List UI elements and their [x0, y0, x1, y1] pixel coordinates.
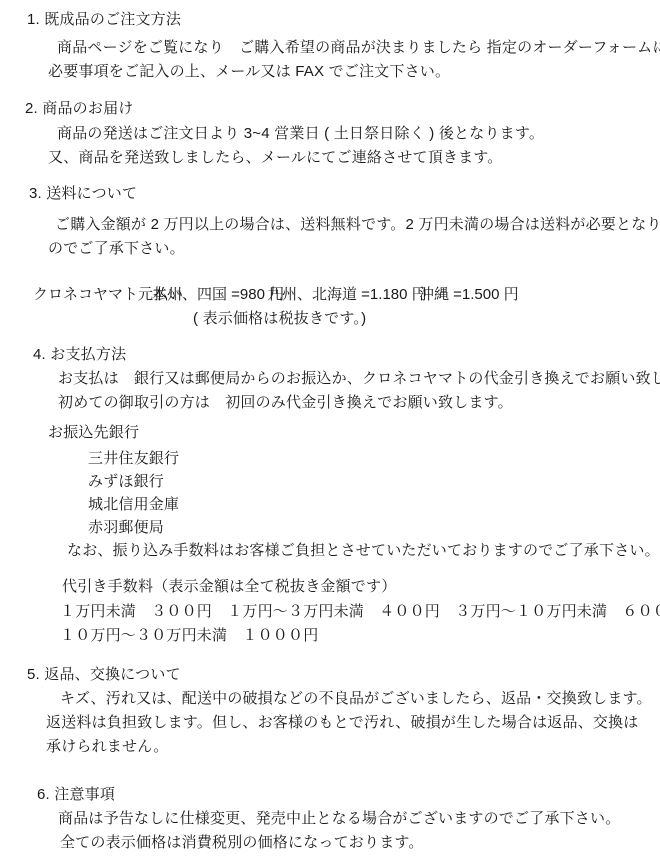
- text-line: 商品ページをご覧になり ご購入希望の商品が決まりましたら 指定のオーダーフォーム…: [57, 36, 660, 60]
- section-payment: 4. お支払方法 お支払は 銀行又は郵便局からのお振込か、クロネコヤマトの代金引…: [0, 343, 660, 648]
- text-line: 返送料は負担致します。但し、お客様のもとで汚れ、破損が生した場合は返品、交換は: [46, 711, 660, 735]
- cod-fee-line: １０万円～３０万円未満 １０００円: [60, 624, 660, 648]
- text-line: 承けられません。: [46, 735, 660, 759]
- cod-fee-block: 代引き手数料（表示金額は全て税抜き金額です） １万円未満 ３００円 １万円～３万…: [0, 575, 660, 648]
- text-line: お支払は 銀行又は郵便局からのお振込か、クロネコヤマトの代金引き換えでお願い致し…: [58, 367, 660, 391]
- payment-heading: 4. お支払方法: [33, 343, 660, 367]
- bank-fee-note: なお、振り込み手数料はお客様ご負担とさせていただいておりますのでご了承下さい。: [67, 539, 660, 563]
- section-returns: 5. 返品、交換について キズ、汚れ又は、配送中の破損などの不良品がございました…: [0, 663, 660, 759]
- order-method-heading: 1. 既成品のご注文方法: [27, 8, 660, 32]
- cod-fee-line: １万円未満 ３００円 １万円～３万円未満 ４００円 ３万円～１０万円未満 ６００…: [60, 600, 660, 624]
- bank-transfer-list: お振込先銀行 三井住友銀行 みずほ銀行 城北信用金庫 赤羽郵便局 なお、振り込み…: [0, 421, 660, 563]
- text-line: 初めての御取引の方は 初回のみ代金引き換えでお願い致します。: [58, 391, 660, 415]
- order-guide-document: 1. 既成品のご注文方法 商品ページをご覧になり ご購入希望の商品が決まりました…: [0, 0, 660, 855]
- shipping-heading: 3. 送料について: [29, 182, 660, 206]
- delivery-heading: 2. 商品のお届け: [25, 97, 660, 121]
- text-line: のでご了承下さい。: [48, 237, 660, 261]
- bank-item: 城北信用金庫: [88, 493, 660, 516]
- bank-list-title: お振込先銀行: [48, 421, 660, 445]
- notes-heading: 6. 注意事項: [37, 783, 660, 807]
- text-line: キズ、汚れ又は、配送中の破損などの不良品がございましたら、返品・交換致します。: [60, 687, 660, 711]
- text-line: 商品は予告なしに仕様変更、発売中止となる場合がございますのでご了承下さい。: [58, 807, 660, 831]
- section-delivery: 2. 商品のお届け 商品の発送はご注文日より 3~4 営業日 ( 土日祭日除く …: [0, 97, 660, 170]
- section-notes: 6. 注意事項 商品は予告なしに仕様変更、発売中止となる場合がございますのでご了…: [0, 783, 660, 855]
- text-line: 必要事項をご記入の上、メール又は FAX でご注文下さい。: [48, 60, 660, 84]
- section-shipping: 3. 送料について ご購入金額が 2 万円以上の場合は、送料無料です。2 万円未…: [0, 182, 660, 331]
- cod-fee-title: 代引き手数料（表示金額は全て税抜き金額です）: [62, 575, 660, 599]
- tax-note: ( 表示価格は税抜きです。): [193, 307, 660, 331]
- text-line: 全ての表示価格は消費税別の価格になっております。: [60, 831, 660, 855]
- text-line: 商品の発送はご注文日より 3~4 営業日 ( 土日祭日除く ) 後となります。: [57, 122, 660, 146]
- bank-item: 赤羽郵便局: [88, 516, 660, 539]
- shipping-fee-row: クロネコヤマト元払い 本州、四国 =980 円 九州、北海道 =1.180 円 …: [0, 283, 660, 307]
- fee-okinawa: 沖縄 =1.500 円: [419, 283, 519, 307]
- bank-item: みずほ銀行: [88, 470, 660, 493]
- bank-item: 三井住友銀行: [88, 447, 660, 470]
- text-line: 又、商品を発送致しましたら、メールにてご連絡させて頂きます。: [48, 146, 660, 170]
- returns-heading: 5. 返品、交換について: [27, 663, 660, 687]
- fee-kyushu-hokkaido: 九州、北海道 =1.180 円: [267, 283, 427, 307]
- section-order-method: 1. 既成品のご注文方法 商品ページをご覧になり ご購入希望の商品が決まりました…: [0, 8, 660, 84]
- text-line: ご購入金額が 2 万円以上の場合は、送料無料です。2 万円未満の場合は送料が必要…: [55, 213, 660, 237]
- fee-honshu-shikoku: 本州、四国 =980 円: [152, 283, 284, 307]
